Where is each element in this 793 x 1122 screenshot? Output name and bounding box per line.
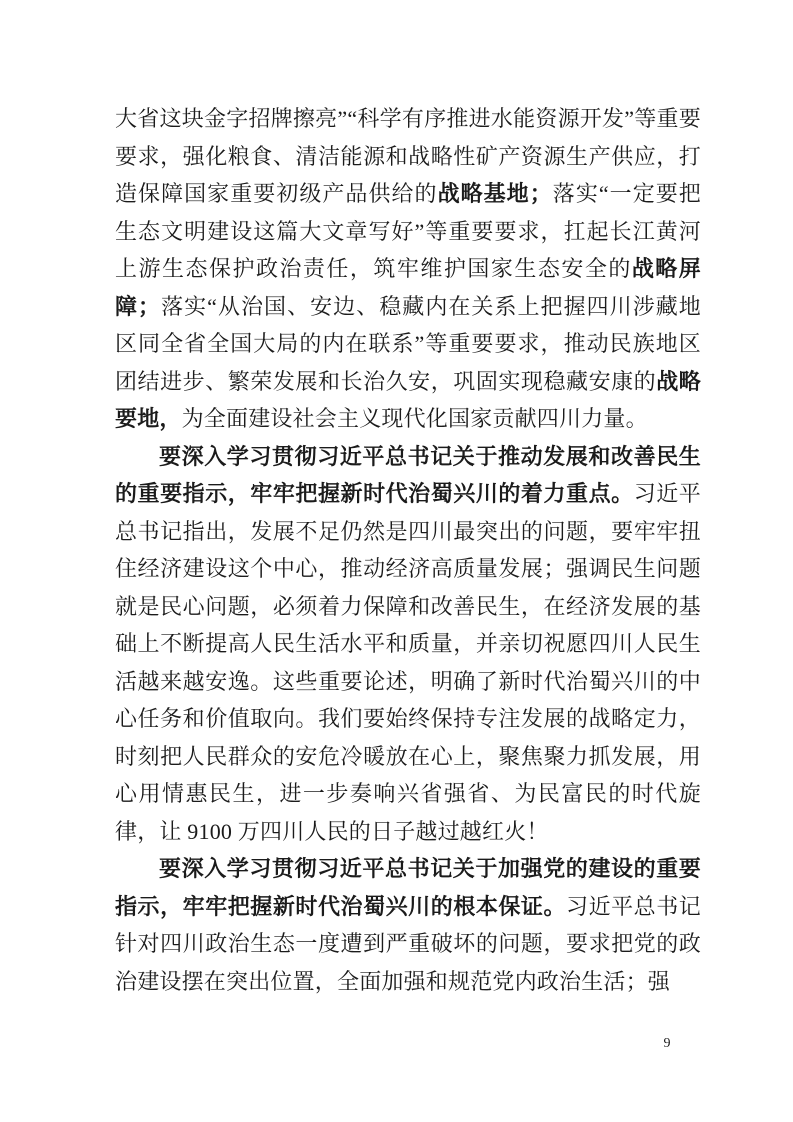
text-run-bold: 战略基地； [438, 181, 552, 206]
paragraph-party-building: 要深入学习贯彻习近平总书记关于加强党的建设的重要指示，牢牢把握新时代治蜀兴川的根… [115, 850, 701, 1000]
document-page: 大省这块金字招牌擦亮”“科学有序推进水能资源开发”等重要要求，强化粮食、清洁能源… [0, 0, 793, 1122]
text-run-bold: 要深入学习贯彻习近平总书记关于推动发展和改善民生的重要指示，牢牢把握新时代治蜀兴… [115, 444, 701, 507]
text-run: 落实“从治国、安边、稳藏内在关系上把握四川涉藏地区同全省全国大局的内在联系”等重… [115, 294, 701, 394]
text-run: 为全面建设社会主义现代化国家贡献四川力量。 [182, 406, 648, 431]
paragraph-development-livelihood: 要深入学习贯彻习近平总书记关于推动发展和改善民生的重要指示，牢牢把握新时代治蜀兴… [115, 438, 701, 851]
document-body: 大省这块金字招牌擦亮”“科学有序推进水能资源开发”等重要要求，强化粮食、清洁能源… [115, 100, 701, 1000]
paragraph-continuation: 大省这块金字招牌擦亮”“科学有序推进水能资源开发”等重要要求，强化粮食、清洁能源… [115, 100, 701, 438]
text-run: 习近平总书记指出，发展不足仍然是四川最突出的问题，要牢牢扭住经济建设这个中心，推… [115, 481, 701, 844]
page-number: 9 [655, 1036, 679, 1052]
